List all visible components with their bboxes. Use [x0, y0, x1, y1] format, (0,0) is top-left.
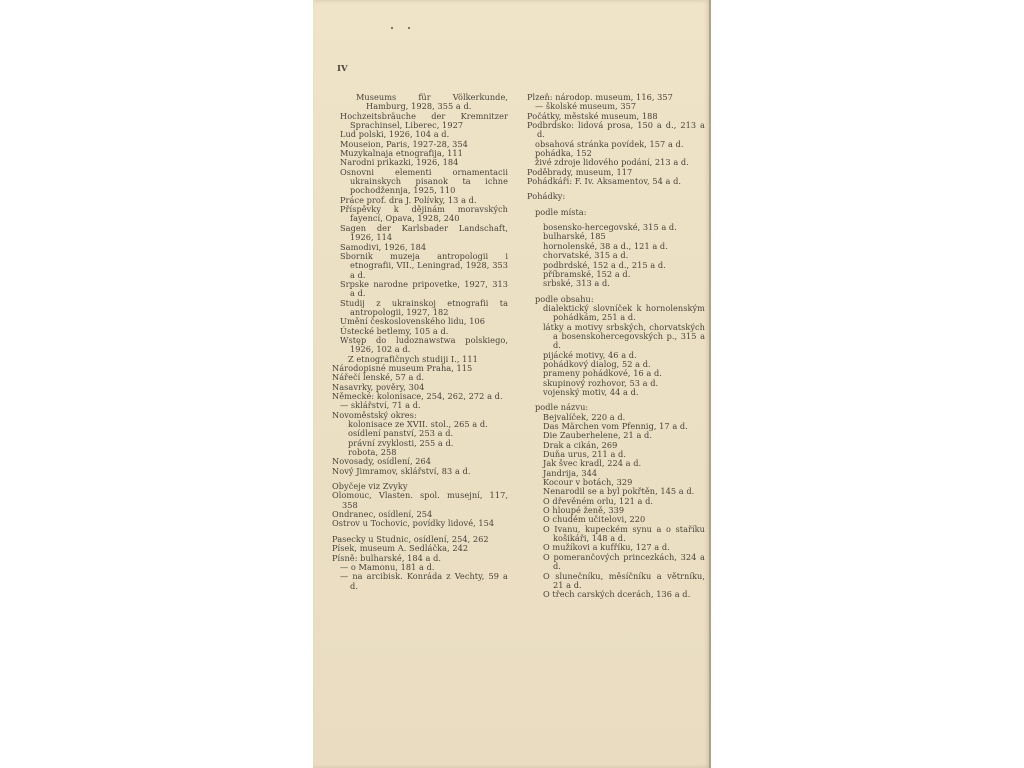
index-entry: — na arcibisk. Konráda z Vechty, 59 a d.: [340, 572, 508, 591]
index-entry: Sbornik muzeja antropologii i etnografii…: [340, 252, 508, 280]
index-entry: vojenský motiv, 44 a d.: [543, 388, 705, 397]
index-entry: O pomerančových princezkách, 324 a d.: [543, 553, 705, 572]
index-entry: O Ivanu, kupeckém synu a o staříku košik…: [543, 525, 705, 544]
index-entry: Sagen der Karlsbader Landschaft, 1926, 1…: [340, 224, 508, 243]
page-number: IV: [337, 64, 348, 74]
index-entry: O slunečníku, měsíčníku a větrníku, 21 a…: [543, 572, 705, 591]
index-entry: Hochzeitsbräuche der Kremnitzer Sprachin…: [340, 112, 508, 131]
index-entry: Pohádkáři: F. Iv. Aksamentov, 54 a d.: [527, 177, 705, 186]
index-entry: Příspěvky k dějinám moravských fayencí, …: [340, 205, 508, 224]
index-entry: Studij z ukrainskoj etnografii ta antrop…: [340, 299, 508, 318]
index-entry: Wstęp do ludoznawstwa polskiego, 1926, 1…: [340, 336, 508, 355]
index-entry: Podbrdsko: lidová prosa, 150 a d., 213 a…: [527, 121, 705, 140]
index-column-left: Museums für Völkerkunde, Hamburg, 1928, …: [340, 93, 508, 591]
index-entry: Osnovni elementi ornamentacii ukrainskyc…: [340, 168, 508, 196]
index-entry: O třech carských dcerách, 136 a d.: [543, 590, 705, 599]
index-entry: látky a motivy srbských, chorvatských a …: [543, 323, 705, 351]
ink-speck: [391, 27, 393, 29]
index-entry: Srpske narodne pripovetke, 1927, 313 a d…: [340, 280, 508, 299]
index-column-right: Plzeň: národop. museum, 116, 357— školsk…: [527, 93, 705, 600]
index-entry: dialektický slovníček k hornolenským poh…: [543, 304, 705, 323]
index-entry: Nový Jimramov, sklářství, 83 a d.: [332, 467, 508, 476]
index-entry: Ostrov u Tochovic, povídky lidové, 154: [332, 519, 508, 528]
index-entry: Olomouc, Vlasten. spol. musejní, 117, 35…: [332, 491, 508, 510]
index-entry: Pohádky:: [527, 192, 705, 201]
index-entry: podle místa:: [535, 208, 705, 217]
page-edge-shadow: [709, 0, 711, 768]
index-entry: Museums für Völkerkunde, Hamburg, 1928, …: [356, 93, 508, 112]
ink-speck: [408, 27, 410, 29]
index-entry: srbské, 313 a d.: [543, 279, 705, 288]
